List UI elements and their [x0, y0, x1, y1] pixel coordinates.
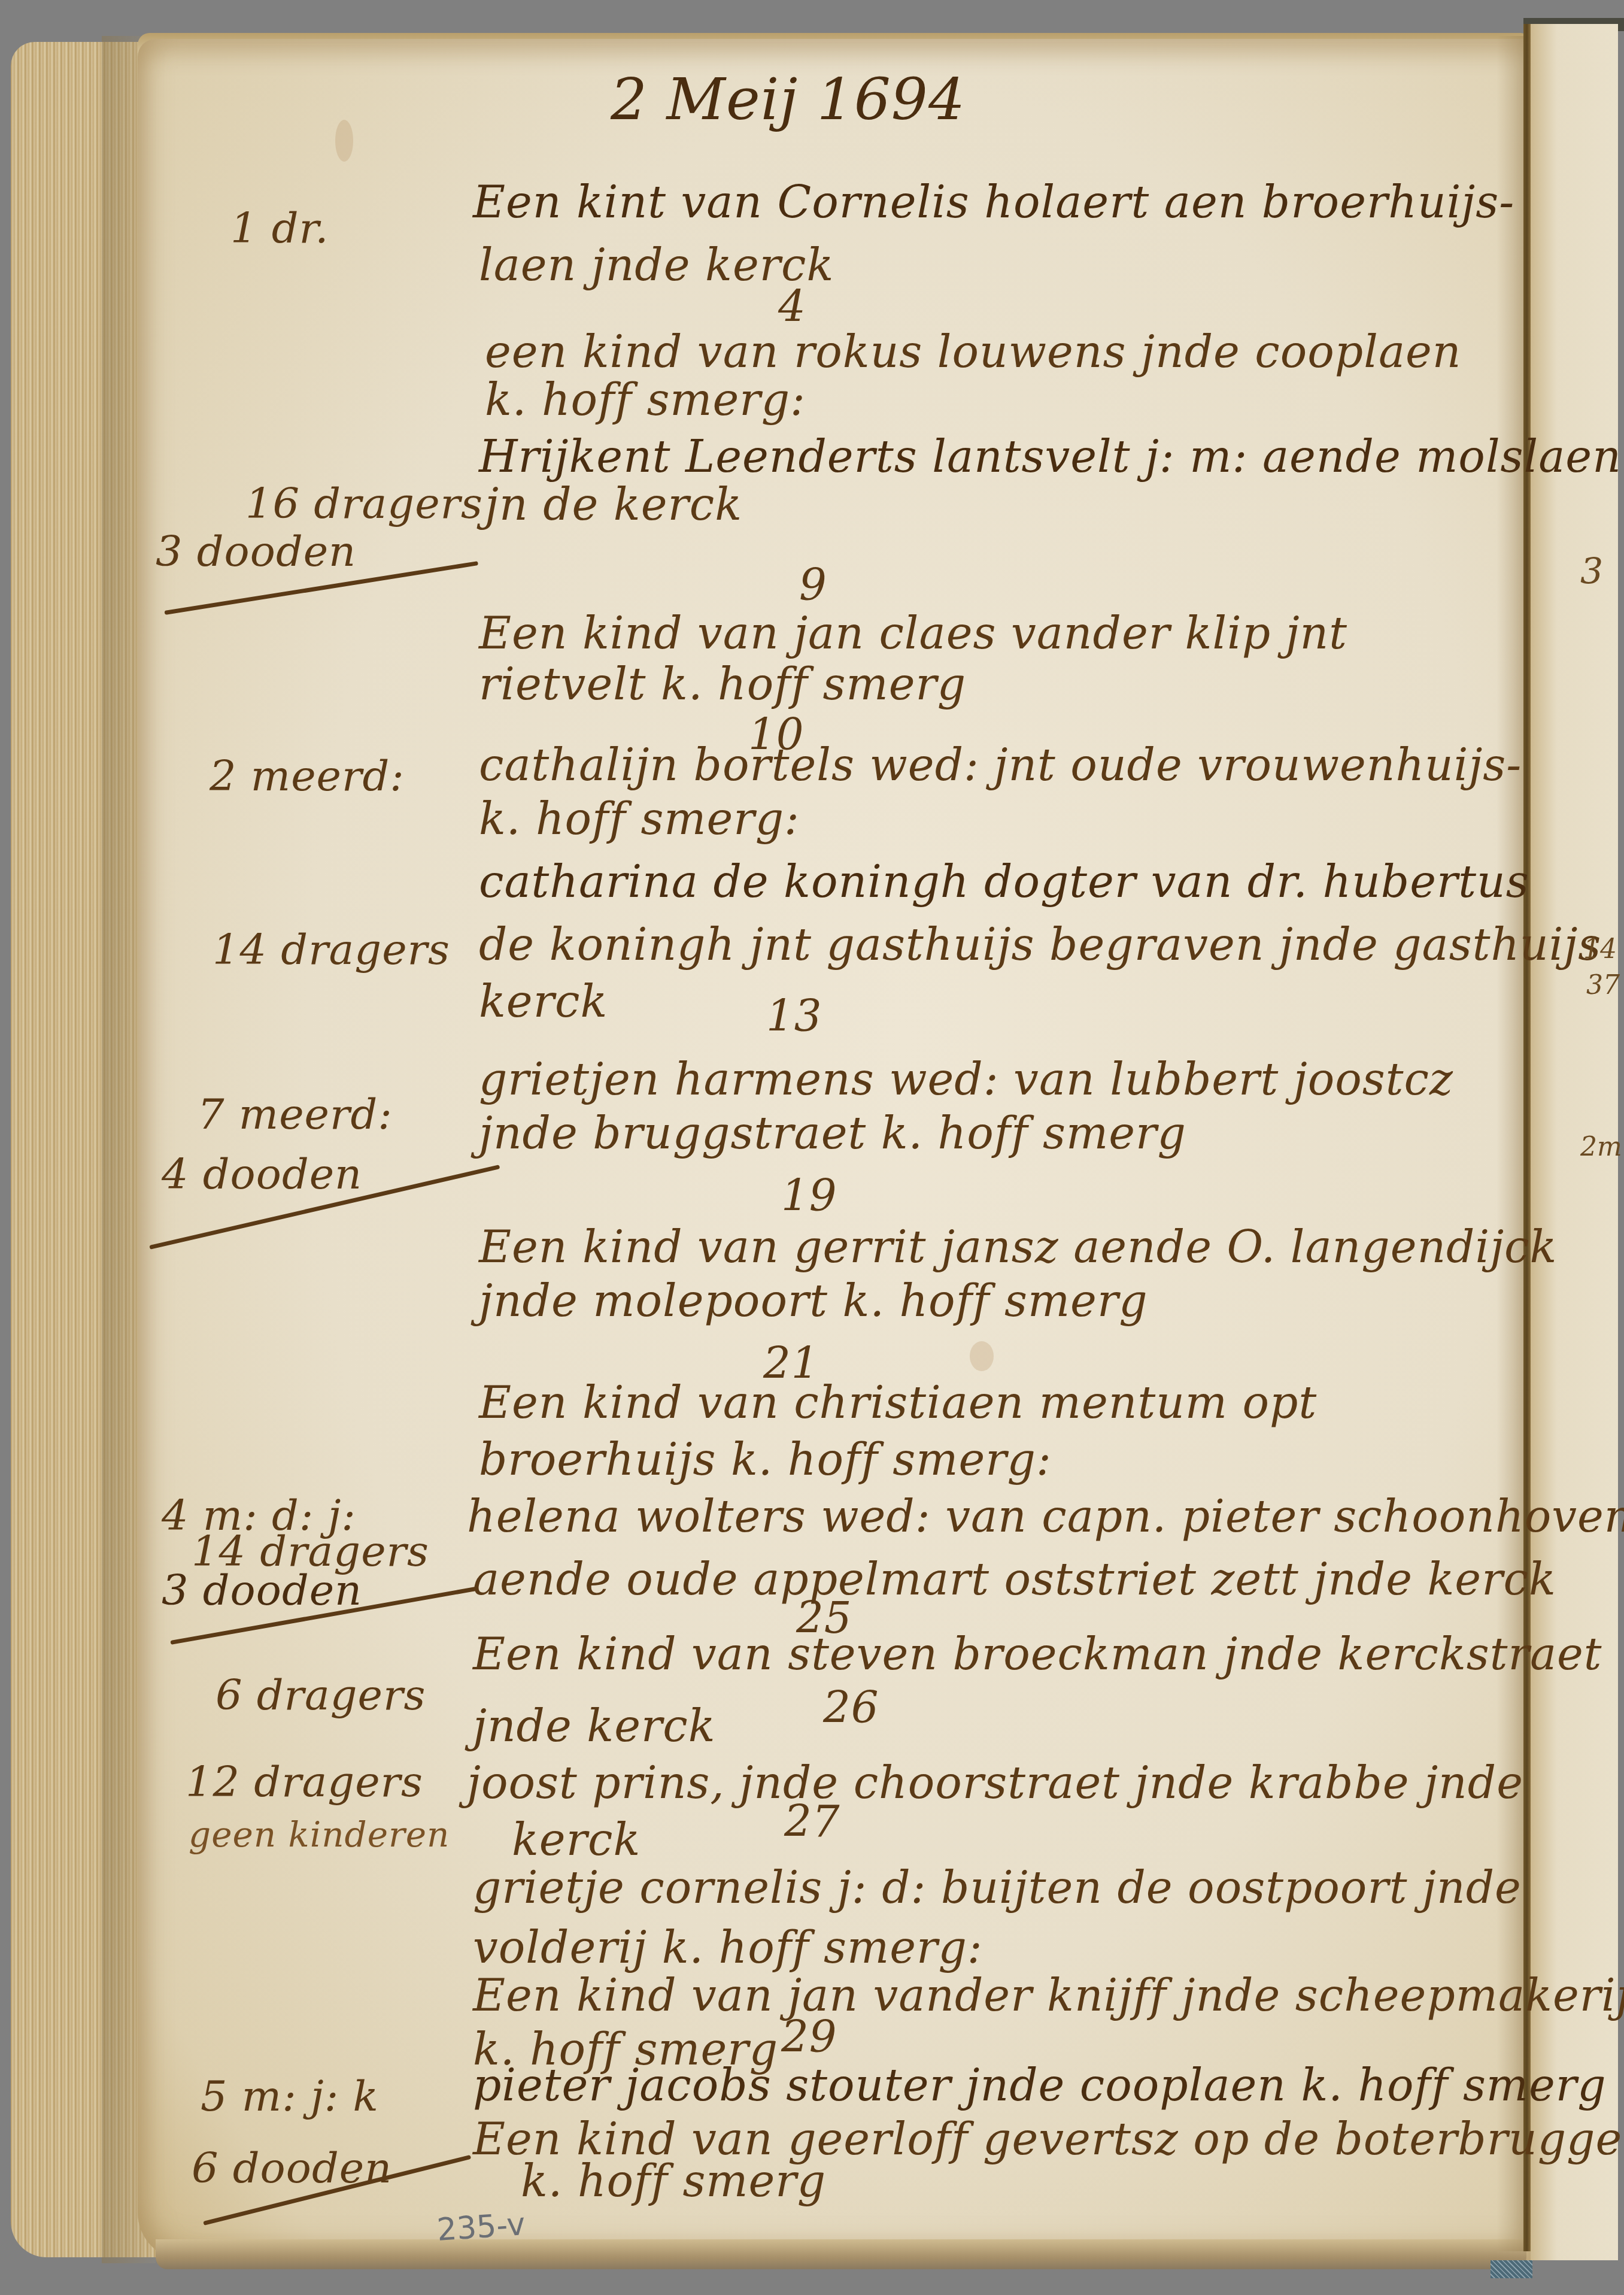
- facing-page-mark: 3: [1580, 551, 1603, 593]
- entry-line: Een kind van christiaen mentum opt: [479, 1377, 1317, 1429]
- folio-number: 235-v: [436, 2206, 526, 2248]
- entry-line: k. hoff smerg: [521, 2155, 826, 2207]
- facing-page-mark: 14: [1583, 934, 1617, 965]
- entry-line: jnde molepoort k. hoff smerg: [479, 1275, 1148, 1327]
- paper-stain: [335, 120, 353, 162]
- entry-line: volderij k. hoff smerg:: [473, 1922, 983, 1973]
- entry-line: Hrijkent Leenderts lantsvelt j: m: aende…: [479, 431, 1622, 483]
- entry-line: de koningh jnt gasthuijs begraven jnde g…: [479, 919, 1601, 971]
- entry-line: jnde kerck: [473, 1700, 716, 1752]
- entry-line: Een kind van jan vander knijff jnde sche…: [473, 1970, 1624, 2021]
- day-number: 19: [781, 1171, 837, 1221]
- entry-line: kerck: [479, 976, 608, 1027]
- entry-line: aende oude appelmart oststriet zett jnde…: [473, 1554, 1556, 1605]
- entry-line: grietje cornelis j: d: buijten de oostpo…: [473, 1862, 1522, 1914]
- entry-line: Een kind van gerrit jansz aende O. lange…: [479, 1221, 1557, 1273]
- margin-note: geen kinderen: [189, 1814, 450, 1855]
- margin-note: 2 meerd:: [210, 751, 405, 801]
- day-number: 9: [799, 560, 827, 610]
- page-bottom-edge: [156, 2239, 1526, 2269]
- entry-line: rietvelt k. hoff smerg: [479, 659, 966, 710]
- entry-line: cathalijn bortels wed: jnt oude vrouwenh…: [479, 739, 1522, 791]
- entry-line: jn de kerck: [485, 479, 742, 530]
- gutter-shade: [1496, 36, 1526, 2251]
- margin-note: 14 dragers: [213, 925, 450, 974]
- day-number: 13: [766, 991, 822, 1041]
- day-number: 27: [784, 1796, 840, 1847]
- binding-cloth: [1491, 2260, 1532, 2278]
- margin-note: 7 meerd:: [198, 1090, 393, 1139]
- entry-line: joost prins, jnde choorstraet jnde krabb…: [467, 1757, 1523, 1809]
- entry-line: een kind van rokus louwens jnde cooplaen: [485, 326, 1461, 378]
- manuscript-scan: 2 Meij 1694 1 dr. Een kint van Cornelis …: [0, 0, 1624, 2295]
- entry-line: Een kind van steven broeckman jnde kerck…: [473, 1629, 1602, 1680]
- entry-line: pieter jacobs stouter jnde cooplaen k. h…: [473, 2060, 1607, 2111]
- heading-date: 2 Meij 1694: [611, 66, 966, 133]
- paper-stain: [970, 1341, 994, 1371]
- day-number: 26: [823, 1682, 879, 1733]
- tally-deaths: 3 dooden: [156, 527, 356, 576]
- entry-line: k. hoff smerg:: [485, 374, 806, 426]
- entry-line: Een kind van jan claes vander klip jnt: [479, 608, 1347, 659]
- tally-deaths: 3 dooden: [162, 1566, 362, 1615]
- facing-page-mark: 2m: [1580, 1132, 1622, 1162]
- entry-line: helena wolters wed: van capn. pieter sch…: [467, 1491, 1624, 1542]
- entry-line: jnde bruggstraet k. hoff smerg: [479, 1108, 1186, 1159]
- entry-line: k. hoff smerg:: [479, 793, 800, 845]
- entry-line: Een kint van Cornelis holaert aen broerh…: [473, 177, 1514, 228]
- entry-line: grietjen harmens wed: van lubbert joostc…: [479, 1054, 1453, 1105]
- entry-line: kerck: [512, 1814, 641, 1866]
- tally-deaths: 4 dooden: [162, 1150, 362, 1199]
- margin-note: 6 dragers: [215, 1671, 426, 1720]
- entry-line: broerhuijs k. hoff smerg:: [479, 1434, 1052, 1485]
- day-number: 4: [778, 281, 806, 332]
- entry-line: catharina de koningh dogter van dr. hube…: [479, 856, 1529, 908]
- margin-note: 1 dr.: [230, 204, 329, 253]
- margin-note: 12 dragers: [186, 1757, 423, 1806]
- facing-page-mark: 37: [1586, 970, 1620, 1001]
- margin-note: 16 dragers: [245, 479, 483, 528]
- day-number: 29: [781, 2012, 837, 2062]
- margin-note: 5 m: j: k: [201, 2072, 379, 2121]
- book-gutter: [1523, 24, 1531, 2251]
